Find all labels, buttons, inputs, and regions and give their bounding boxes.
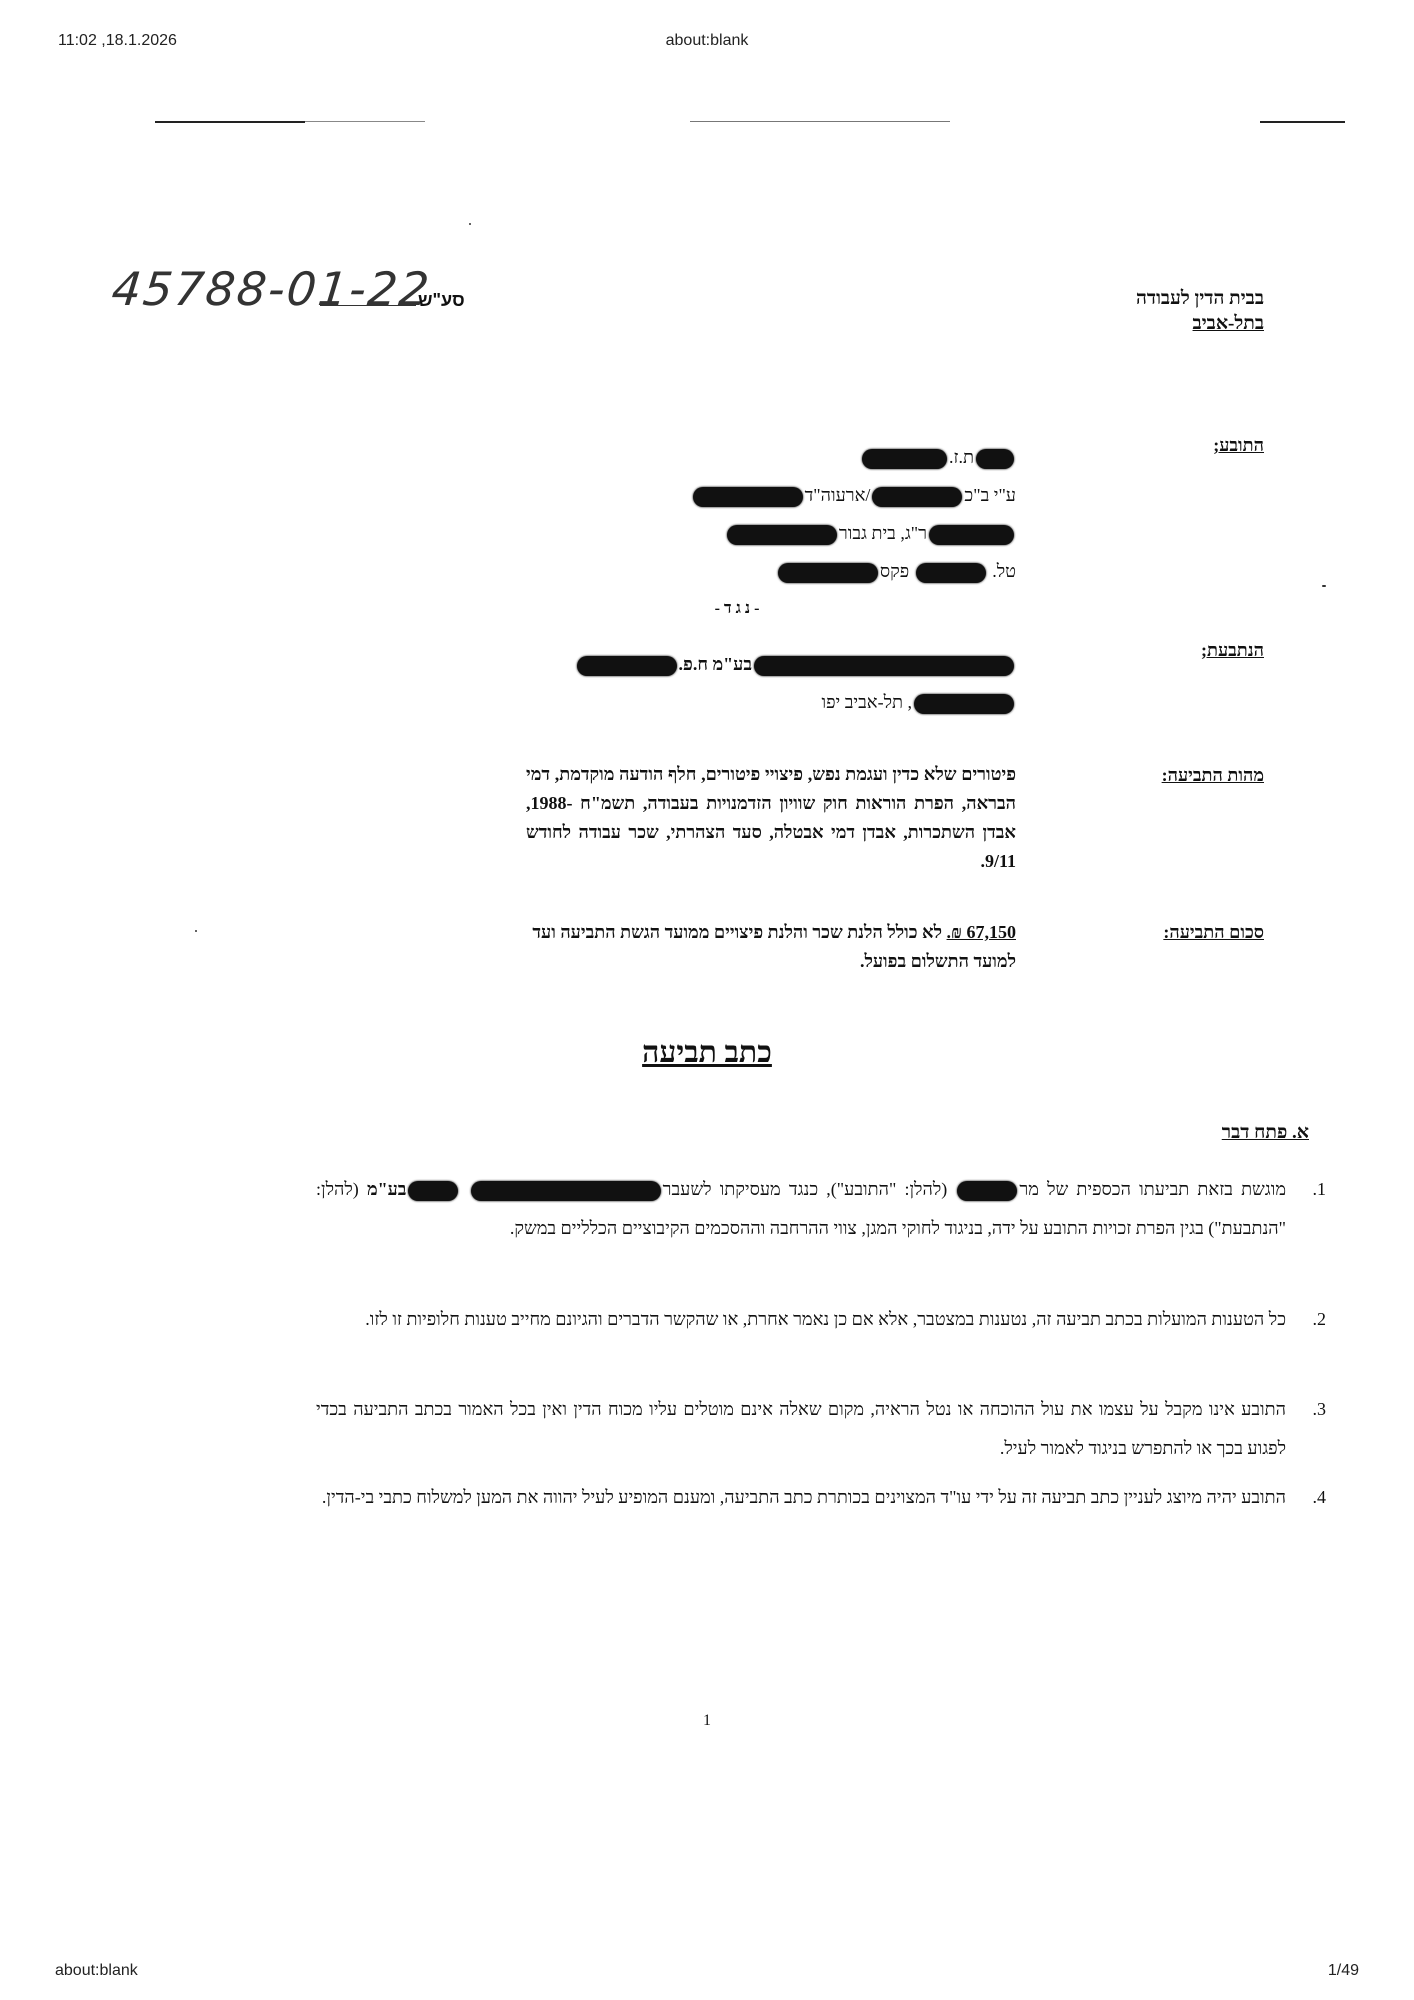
court-header: בבית הדין לעבודה בתל-אביב <box>1136 286 1264 336</box>
court-location: בתל-אביב <box>1136 311 1264 336</box>
scan-rule <box>690 121 950 122</box>
versus-separator: - נ ג ד - <box>0 600 1414 618</box>
paragraph-1: 1. מוגשת בזאת תביעתו הכספית של מר (להלן:… <box>316 1170 1326 1248</box>
plaintiff-representative: ע"י ב"כ/ארעוה"ד <box>691 476 1016 514</box>
redaction <box>577 656 677 676</box>
section-heading-preface: א. פתח דבר <box>1222 1122 1309 1144</box>
case-label: סע"ש <box>418 290 465 311</box>
paragraph-3: 3. התובע אינו מקבל על עצמו את עול ההוכחה… <box>316 1390 1326 1468</box>
case-number-underline <box>320 305 416 306</box>
redaction <box>916 563 986 583</box>
print-page-title: about:blank <box>0 32 1414 50</box>
claim-amount-label: סכום התביעה: <box>1163 922 1264 943</box>
redaction <box>957 1181 1017 1201</box>
redaction <box>727 525 837 545</box>
redaction <box>754 656 1014 676</box>
scan-speck <box>195 930 197 932</box>
redaction <box>914 694 1014 714</box>
redaction <box>872 487 962 507</box>
case-number-handwritten: 45788-01-22 <box>109 262 433 316</box>
scan-speck <box>469 223 471 225</box>
scan-rule <box>305 121 425 122</box>
plaintiff-details: ת.ז. ע"י ב"כ/ארעוה"ד ר"ג, בית גבור טל. פ… <box>691 438 1016 590</box>
paragraph-number: 1. <box>1313 1170 1327 1209</box>
defendant-details: בע"מ ח.פ. , תל-אביב יפו <box>575 645 1016 721</box>
paragraph-2: 2. כל הטענות המועלות בכתב תביעה זה, נטענ… <box>316 1300 1326 1339</box>
claim-nature-label: מהות התביעה: <box>1162 765 1264 786</box>
redaction <box>471 1181 661 1201</box>
redaction <box>929 525 1014 545</box>
paragraph-number: 2. <box>1313 1300 1327 1339</box>
court-name: בבית הדין לעבודה <box>1136 286 1264 311</box>
defendant-address: , תל-אביב יפו <box>575 683 1016 721</box>
claim-amount-text: לא כולל הלנת שכר והלנת פיצויים ממועד הגש… <box>532 922 1016 971</box>
defendant-label: הנתבעת; <box>1201 640 1264 661</box>
plaintiff-label: התובע; <box>1213 435 1264 456</box>
document-title: כתב תביעה <box>0 1036 1414 1070</box>
paragraph-4: 4. התובע יהיה מיוצג לעניין כתב תביעה זה … <box>316 1478 1326 1517</box>
scan-speck <box>1322 585 1326 587</box>
redaction <box>862 449 947 469</box>
paragraph-number: 3. <box>1313 1390 1327 1429</box>
print-footer-url: about:blank <box>55 1962 138 1980</box>
redaction <box>976 449 1014 469</box>
print-page-counter: 1/49 <box>1328 1962 1359 1980</box>
page-number: 1 <box>0 1712 1414 1730</box>
plaintiff-id-line: ת.ז. <box>691 438 1016 476</box>
claim-amount-value: 67,150 ₪. <box>947 922 1016 942</box>
redaction <box>778 563 878 583</box>
redaction <box>693 487 803 507</box>
plaintiff-address: ר"ג, בית גבור <box>691 514 1016 552</box>
plaintiff-contact: טל. פקס <box>691 552 1016 590</box>
claim-nature-text: פיטורים שלא כדין ועגמת נפש, פיצויי פיטור… <box>526 760 1016 876</box>
scan-rule <box>1260 121 1345 123</box>
scan-rule <box>155 121 305 123</box>
defendant-name-line: בע"מ ח.פ. <box>575 645 1016 683</box>
paragraph-number: 4. <box>1313 1478 1327 1517</box>
redaction <box>408 1181 458 1201</box>
claim-amount: 67,150 ₪. לא כולל הלנת שכר והלנת פיצויים… <box>496 918 1016 976</box>
